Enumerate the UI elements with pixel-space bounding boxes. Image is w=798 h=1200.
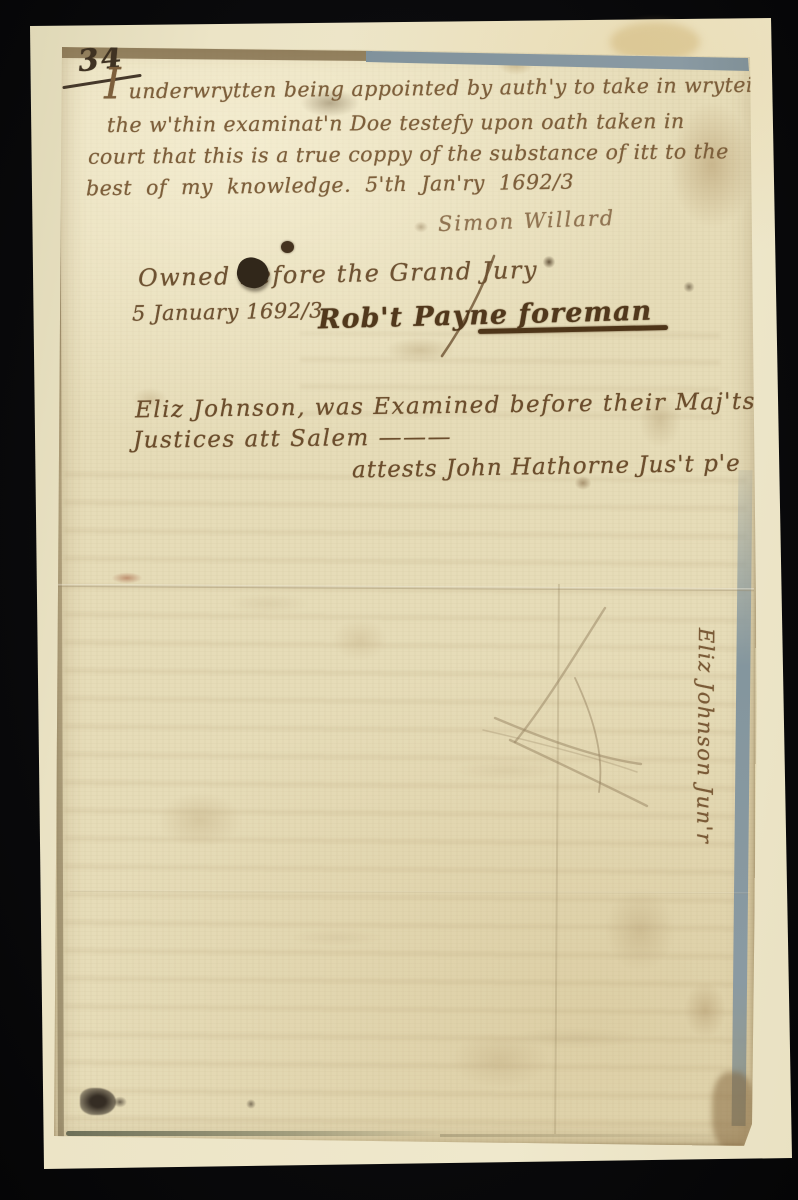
photo-background: 34 I underwrytten being appointed by aut… <box>0 0 798 1200</box>
faint-scribble <box>455 590 665 825</box>
pen-flourish-slash <box>432 252 502 362</box>
ink-spot <box>281 241 294 253</box>
ink-blot-bottom-left <box>80 1088 116 1115</box>
manuscript-page: 34 I underwrytten being appointed by aut… <box>0 0 798 1200</box>
